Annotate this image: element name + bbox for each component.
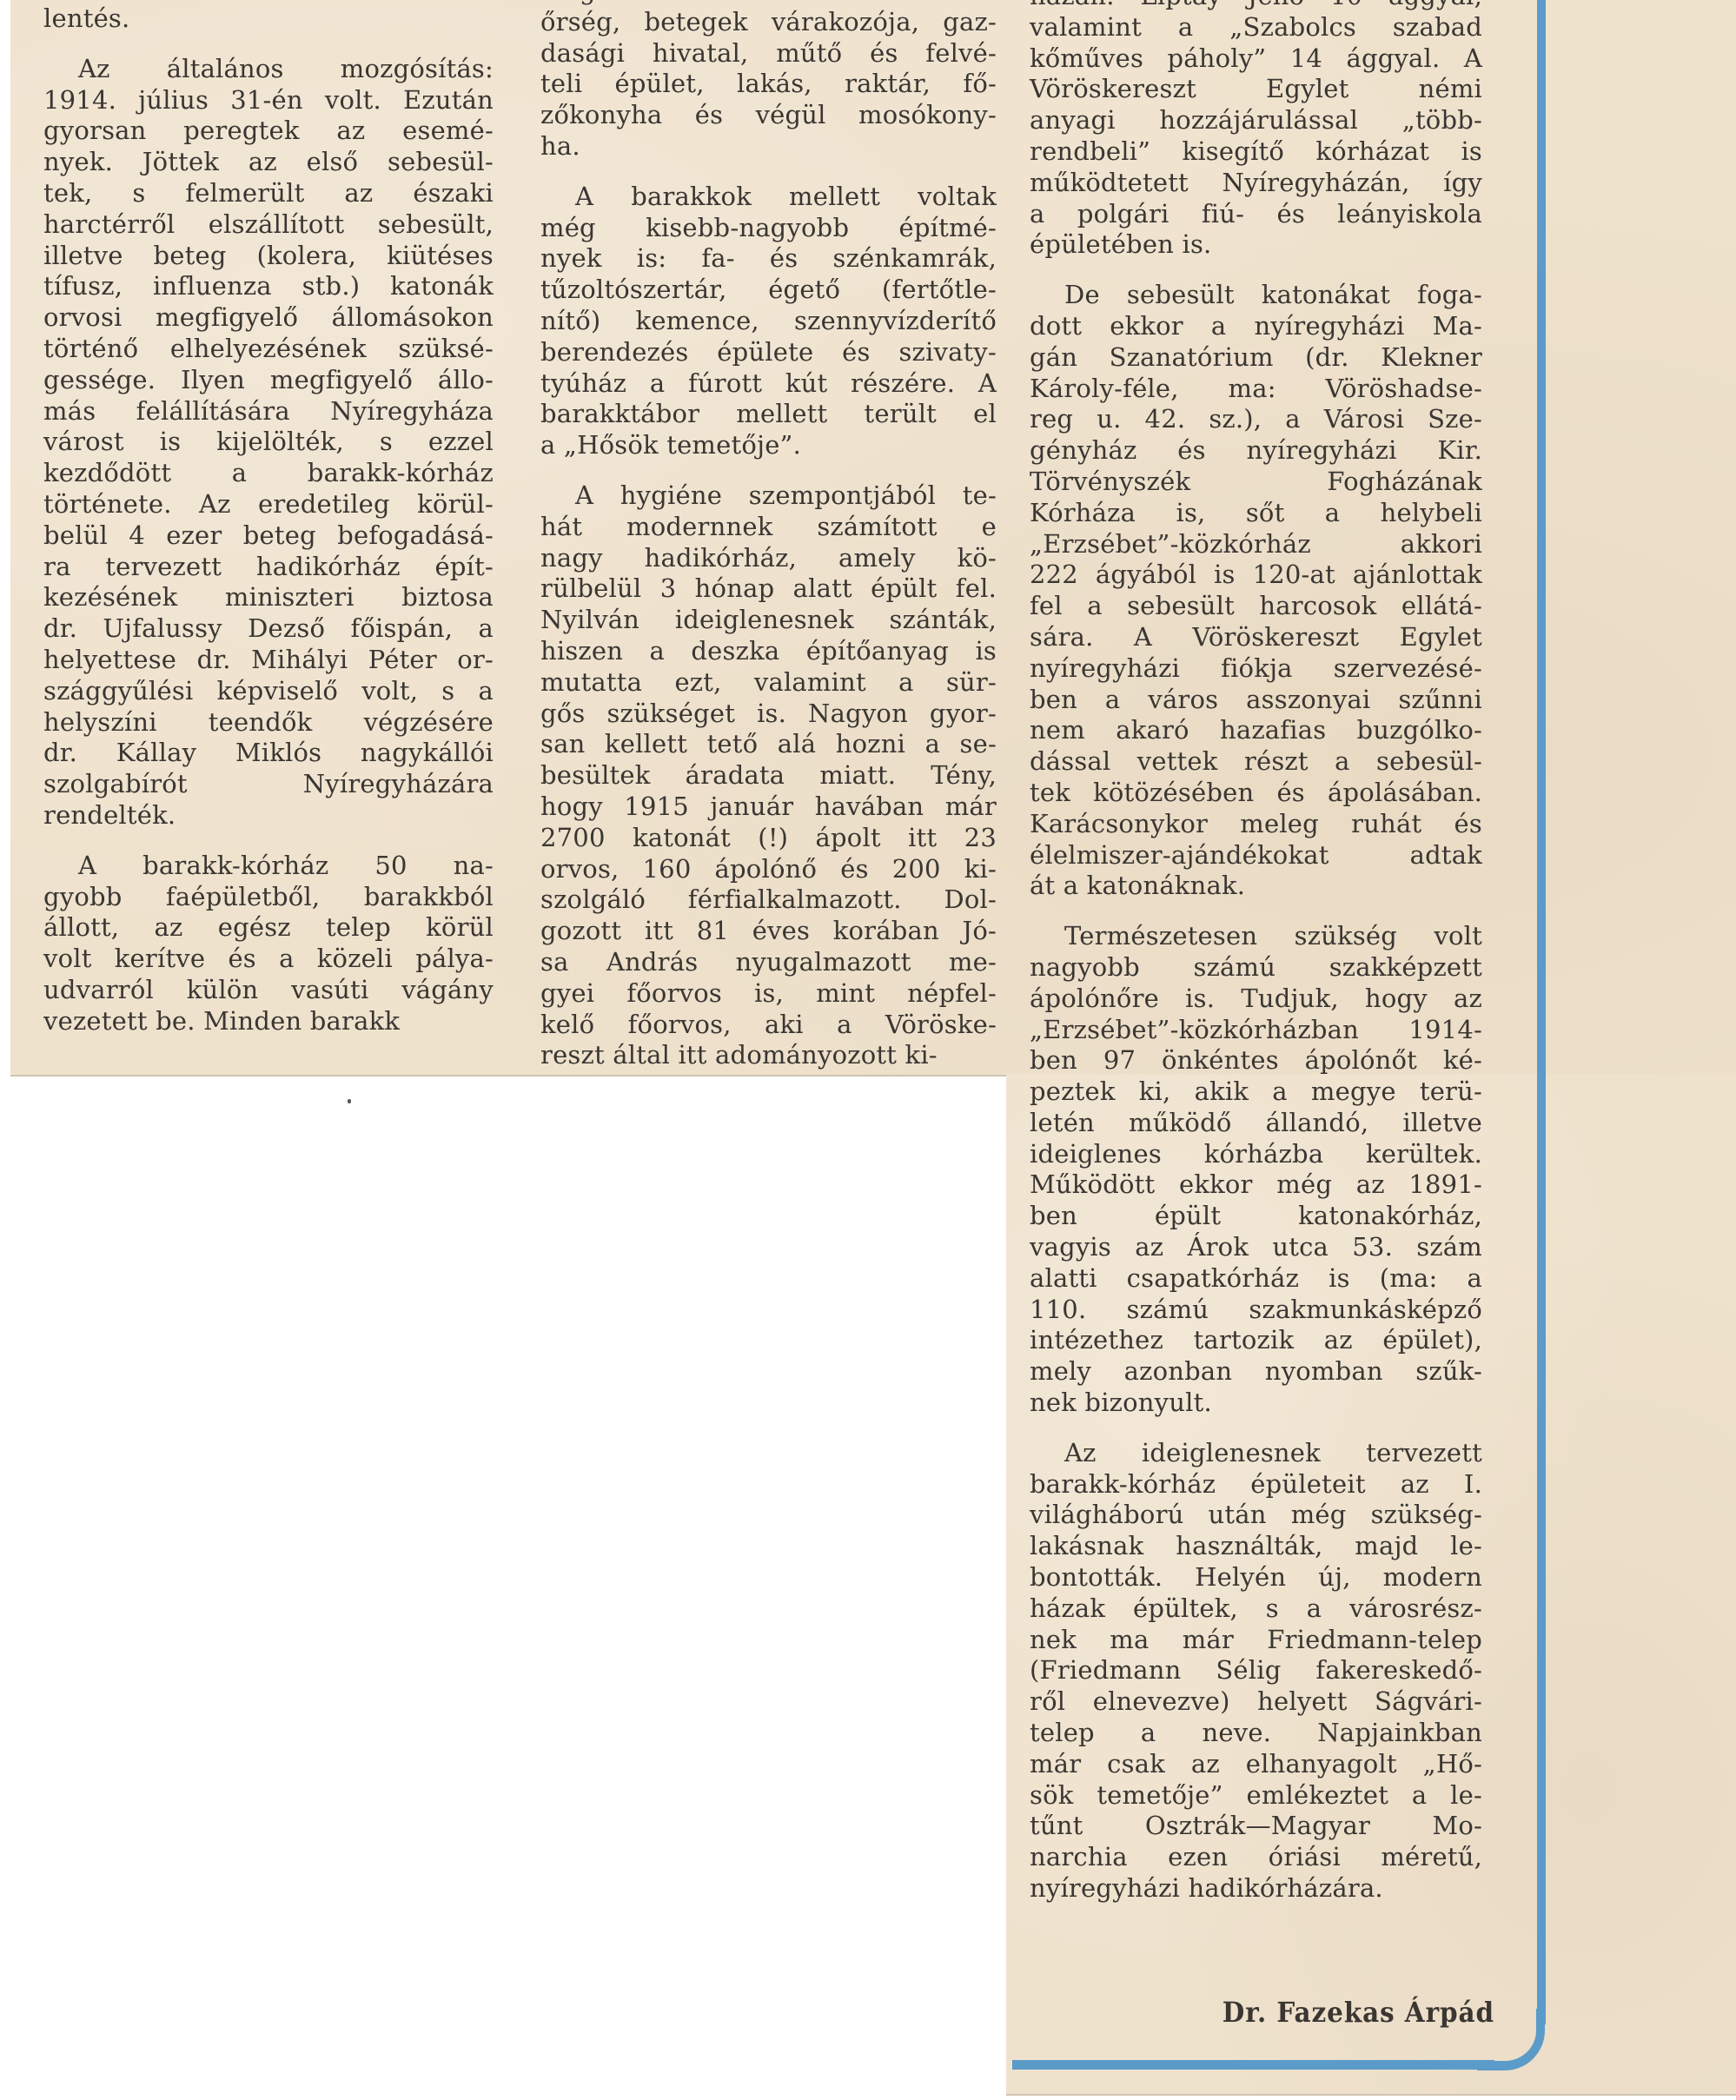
- article-text-line: Kórháza is, sőt a helybeli: [1030, 498, 1482, 529]
- article-column-left: lentés.Az általános mozgósítás:1914. júl…: [43, 3, 494, 1037]
- article-text-line: reszt által itt adományozott ki-: [540, 1040, 997, 1071]
- article-text-line: kezdődött a barakk-kórház: [43, 458, 494, 489]
- article-text-line: 1914. július 31-én volt. Ezután: [43, 85, 494, 116]
- article-text-line: nagy hadikórház, amely kö-: [540, 543, 997, 574]
- paragraph-gap: [1030, 902, 1482, 921]
- article-text-line: vagyis az Árok utca 53. szám: [1030, 1232, 1482, 1263]
- article-text-line: nítő) kemence, szennyvízderítő: [540, 306, 997, 337]
- article-text-line: alatti csapatkórház is (ma: a: [1030, 1263, 1482, 1295]
- article-text-line: sök temetője” emlékeztet a le-: [1030, 1780, 1482, 1812]
- article-text-line: orvos, 160 ápolónő és 200 ki-: [540, 854, 997, 885]
- article-text-line: intézethez tartozik az épület),: [1030, 1325, 1482, 1356]
- article-text-line: rülbelül 3 hónap alatt épült fel.: [540, 573, 997, 605]
- article-text-line: Működött ekkor még az 1891-: [1030, 1169, 1482, 1201]
- article-text-line: san kellett tető alá hozni a se-: [540, 729, 997, 760]
- article-text-line: A hygiéne szempontjából te-: [540, 480, 997, 512]
- article-text-line: sára. A Vöröskereszt Egylet: [1030, 622, 1482, 653]
- ink-speck: [348, 1099, 351, 1103]
- article-text-line: nek bizonyult.: [1030, 1388, 1482, 1419]
- article-column-right: házán. Liptay Jenő 10 ággyal,valamint a …: [1030, 0, 1482, 1905]
- article-text-line: orvosi megfigyelő állomásokon: [43, 302, 494, 334]
- article-text-line: A barakk-kórház 50 na-: [43, 851, 494, 882]
- article-text-line: nagyobb számú szakképzett: [1030, 952, 1482, 984]
- article-text-line: története. Az eredetileg körül-: [43, 489, 494, 520]
- article-text-line: épületében is.: [1030, 229, 1482, 261]
- article-text-line: kelő főorvos, aki a Vöröske-: [540, 1010, 997, 1041]
- article-text-line: hogy 1915 január havában már: [540, 792, 997, 823]
- article-text-line: ben a város asszonyai szűnni: [1030, 685, 1482, 716]
- article-text-line: dr. Ujfalussy Dezső főispán, a: [43, 613, 494, 645]
- article-column-middle: megtekintésre a következő volt:őrség, be…: [540, 0, 997, 1071]
- article-text-line: tek kötözésében és ápolásában.: [1030, 778, 1482, 809]
- article-text-line: szággyűlési képviselő volt, s a: [43, 676, 494, 707]
- article-text-line: hát modernnek számított e: [540, 512, 997, 543]
- article-text-line: hiszen a deszka építőanyag is: [540, 636, 997, 667]
- article-text-line: kőműves páholy” 14 ággyal. A: [1030, 43, 1482, 75]
- article-text-line: telep a neve. Napjainkban: [1030, 1718, 1482, 1749]
- article-text-line: működtetett Nyíregyházán, így: [1030, 168, 1482, 199]
- article-text-line: ra tervezett hadikórház épít-: [43, 552, 494, 583]
- article-text-line: berendezés épülete és szivaty-: [540, 337, 997, 368]
- paragraph-gap: [43, 35, 494, 54]
- paragraph-gap: [1030, 1419, 1482, 1438]
- article-text-line: barakk-kórház épületeit az I.: [1030, 1469, 1482, 1500]
- article-text-line: gős szükséget is. Nagyon gyor-: [540, 699, 997, 730]
- article-text-line: reg u. 42. sz.), a Városi Sze-: [1030, 404, 1482, 435]
- article-text-line: Nyilván ideiglenesnek szánták,: [540, 605, 997, 636]
- article-text-line: „Erzsébet”-közkórházban 1914-: [1030, 1015, 1482, 1046]
- article-text-line: megtekintésre a következő volt:: [540, 0, 997, 7]
- article-text-line: helyszíni teendők végzésére: [43, 707, 494, 739]
- article-text-line: harctérről elszállított sebesült,: [43, 209, 494, 241]
- article-text-line: más felállítására Nyíregyháza: [43, 396, 494, 427]
- article-text-line: bontották. Helyén új, modern: [1030, 1562, 1482, 1593]
- article-text-line: a „Hősök temetője”.: [540, 430, 997, 461]
- article-text-line: tyúház a fúrott kút részére. A: [540, 368, 997, 400]
- article-text-line: rendbeli” kisegítő kórházat is: [1030, 136, 1482, 168]
- article-text-line: helyettese dr. Mihályi Péter or-: [43, 645, 494, 676]
- article-text-line: De sebesült katonákat foga-: [1030, 280, 1482, 311]
- blue-border-horizontal: [1012, 2060, 1494, 2070]
- article-text-line: gyorsan peregtek az esemé-: [43, 116, 494, 147]
- article-text-line: sa András nyugalmazott me-: [540, 947, 997, 978]
- blue-border-vertical: [1537, 0, 1546, 2024]
- paragraph-gap: [1030, 261, 1482, 280]
- article-text-line: szolgáló férfialkalmazott. Dol-: [540, 884, 997, 916]
- article-text-line: Természetesen szükség volt: [1030, 921, 1482, 952]
- article-text-line: nyek is: fa- és szénkamrák,: [540, 243, 997, 275]
- article-text-line: tűnt Osztrák—Magyar Mo-: [1030, 1811, 1482, 1842]
- article-text-line: „Erzsébet”-közkórház akkori: [1030, 529, 1482, 560]
- article-text-line: dr. Kállay Miklós nagykállói: [43, 738, 494, 769]
- article-text-line: ápolónőre is. Tudjuk, hogy az: [1030, 984, 1482, 1015]
- article-text-line: (Friedmann Sélig fakereskedő-: [1030, 1655, 1482, 1686]
- article-text-line: házak épültek, s a városrész-: [1030, 1593, 1482, 1625]
- article-text-line: mely azonban nyomban szűk-: [1030, 1356, 1482, 1388]
- article-text-line: nem akaró hazafias buzgólko-: [1030, 715, 1482, 746]
- article-text-line: kezésének miniszteri biztosa: [43, 582, 494, 613]
- article-text-line: át a katonáknak.: [1030, 871, 1482, 902]
- article-text-line: gyobb faépületből, barakkból: [43, 882, 494, 913]
- article-text-line: illetve beteg (kolera, kiütéses: [43, 241, 494, 272]
- article-text-line: 2700 katonát (!) ápolt itt 23: [540, 823, 997, 854]
- article-text-line: gényház és nyíregyházi Kir.: [1030, 435, 1482, 467]
- article-text-line: besültek áradata miatt. Tény,: [540, 760, 997, 792]
- article-text-line: 222 ágyából is 120-at ajánlottak: [1030, 560, 1482, 591]
- article-text-line: gessége. Ilyen megfigyelő állo-: [43, 365, 494, 396]
- article-text-line: őrség, betegek várakozója, gaz-: [540, 7, 997, 38]
- article-text-line: barakktábor mellett terült el: [540, 399, 997, 430]
- article-text-line: dással vettek részt a sebesül-: [1030, 746, 1482, 778]
- article-text-line: nyek. Jöttek az első sebesül-: [43, 147, 494, 178]
- article-text-line: volt kerítve és a közeli pálya-: [43, 944, 494, 975]
- article-text-line: még kisebb-nagyobb építmé-: [540, 213, 997, 244]
- article-text-line: várost is kijelölték, s ezzel: [43, 427, 494, 458]
- article-text-line: ben épült katonakórház,: [1030, 1201, 1482, 1232]
- article-text-line: gán Szanatórium (dr. Klekner: [1030, 342, 1482, 374]
- article-text-line: nek ma már Friedmann-telep: [1030, 1625, 1482, 1656]
- article-text-line: rendelték.: [43, 800, 494, 831]
- article-text-line: nyíregyházi hadikórházára.: [1030, 1873, 1482, 1905]
- article-text-line: peztek ki, akik a megye terü-: [1030, 1076, 1482, 1108]
- article-text-line: lentés.: [43, 3, 494, 35]
- paragraph-gap: [540, 162, 997, 182]
- article-text-line: élelmiszer-ajándékokat adtak: [1030, 840, 1482, 871]
- article-text-line: házán. Liptay Jenő 10 ággyal,: [1030, 0, 1482, 12]
- article-text-line: szolgabírót Nyíregyházára: [43, 769, 494, 800]
- article-text-line: fel a sebesült harcosok ellátá-: [1030, 591, 1482, 622]
- article-text-line: Vöröskereszt Egylet némi: [1030, 74, 1482, 105]
- article-text-line: Károly-féle, ma: Vöröshadse-: [1030, 374, 1482, 405]
- article-text-line: már csak az elhanyagolt „Hő-: [1030, 1749, 1482, 1780]
- article-text-line: ideiglenes kórházba kerültek.: [1030, 1139, 1482, 1170]
- article-text-line: világháború után még szükség-: [1030, 1500, 1482, 1531]
- article-text-line: teli épület, lakás, raktár, fő-: [540, 69, 997, 100]
- article-text-line: tífusz, influenza stb.) katonák: [43, 271, 494, 302]
- article-text-line: 110. számú szakmunkásképző: [1030, 1295, 1482, 1326]
- article-text-line: tűzoltószertár, égető (fertőtle-: [540, 275, 997, 306]
- article-text-line: történő elhelyezésének szüksé-: [43, 334, 494, 365]
- article-text-line: A barakkok mellett voltak: [540, 182, 997, 213]
- article-text-line: gozott itt 81 éves korában Jó-: [540, 916, 997, 947]
- article-text-line: ben 97 önkéntes ápolónőt ké-: [1030, 1045, 1482, 1076]
- article-text-line: udvarról külön vasúti vágány: [43, 975, 494, 1006]
- article-text-line: Az ideiglenesnek tervezett: [1030, 1438, 1482, 1469]
- article-text-line: lakásnak használták, majd le-: [1030, 1531, 1482, 1562]
- article-text-line: dott ekkor a nyíregyházi Ma-: [1030, 311, 1482, 342]
- article-text-line: letén működő állandó, illetve: [1030, 1108, 1482, 1139]
- article-text-line: ről elnevezve) helyett Ságvári-: [1030, 1686, 1482, 1718]
- article-text-line: nyíregyházi fiókja szervezésé-: [1030, 653, 1482, 685]
- article-text-line: a polgári fiú- és leányiskola: [1030, 199, 1482, 230]
- article-text-line: Az általános mozgósítás:: [43, 54, 494, 85]
- article-text-line: belül 4 ezer beteg befogadásá-: [43, 520, 494, 552]
- article-text-line: vezetett be. Minden barakk: [43, 1006, 494, 1037]
- article-text-line: Törvényszék Fogházának: [1030, 467, 1482, 498]
- article-text-line: valamint a „Szabolcs szabad: [1030, 12, 1482, 43]
- article-text-line: zőkonyha és végül mosókony-: [540, 100, 997, 131]
- article-text-line: dasági hivatal, műtő és felvé-: [540, 38, 997, 70]
- article-text-line: ha.: [540, 131, 997, 162]
- article-text-line: narchia ezen óriási méretű,: [1030, 1842, 1482, 1873]
- article-text-line: Karácsonykor meleg ruhát és: [1030, 809, 1482, 840]
- article-text-line: tek, s felmerült az északi: [43, 178, 494, 209]
- article-text-line: állott, az egész telep körül: [43, 912, 494, 944]
- article-text-line: mutatta ezt, valamint a sür-: [540, 667, 997, 699]
- article-text-line: anyagi hozzájárulással „több-: [1030, 105, 1482, 136]
- article-text-line: gyei főorvos is, mint népfel-: [540, 978, 997, 1010]
- paragraph-gap: [540, 461, 997, 480]
- paragraph-gap: [43, 831, 494, 851]
- author-byline: Dr. Fazekas Árpád: [1175, 1996, 1494, 2029]
